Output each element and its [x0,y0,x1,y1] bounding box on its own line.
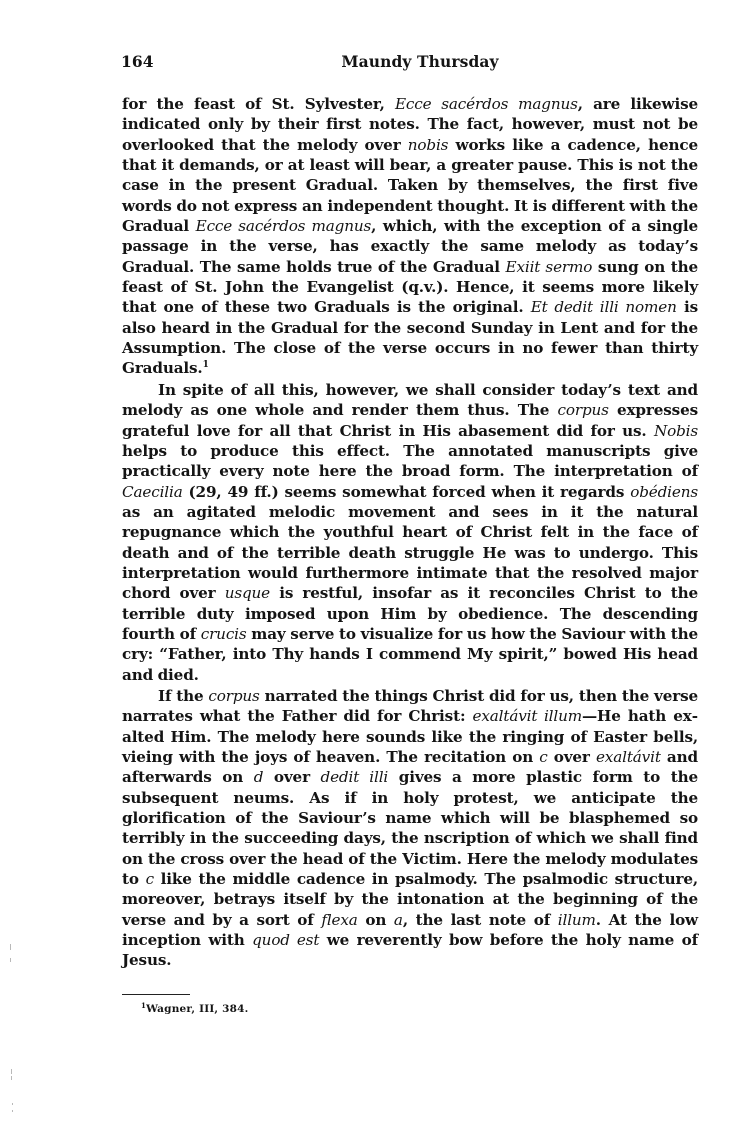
italic-term: exaltávit illum [473,707,582,725]
italic-term: exaltávit [596,748,661,766]
book-page: 164 Maundy Thursday for the feast of St.… [122,52,698,1015]
italic-term: nobis [408,136,449,154]
footnote-text: Wagner, III, 384. [146,1003,248,1015]
footnote: 1Wagner, III, 384. [122,1003,698,1015]
italic-term: Caecilia [122,483,183,501]
italic-term: c [539,748,547,766]
italic-term: obédiens [630,483,698,501]
running-title: Maundy Thursday [122,52,698,71]
scan-artifact [11,1076,12,1080]
italic-term: a [394,911,403,929]
italic-term: Et dedit illi nomen [531,298,677,316]
footnote-reference: 1 [203,360,209,370]
italic-term: Nobis [654,422,698,440]
scan-artifact [10,944,11,950]
scan-artifact [12,1103,13,1105]
italic-term: d [254,768,264,786]
italic-term: quod est [252,931,319,949]
paragraph: In spite of all this, however, we shall … [122,380,698,685]
italic-term: Exiit sermo [506,258,593,276]
scan-artifact [12,1110,13,1112]
italic-term: illum [558,911,596,929]
scan-artifact [11,1069,12,1074]
italic-term: crucis [201,625,247,643]
italic-term: usque [225,584,270,602]
italic-term: dedit illi [321,768,389,786]
scan-artifact [10,958,11,962]
italic-term: corpus [208,687,259,705]
italic-term: corpus [558,401,609,419]
footnote-divider [122,994,190,995]
paragraph: If the corpus narrated the things Christ… [122,686,698,971]
body-text: for the feast of St. Sylvester, Ecce sac… [122,94,698,971]
italic-term: c [146,870,154,888]
paragraph: for the feast of St. Sylvester, Ecce sac… [122,94,698,379]
running-head: 164 Maundy Thursday [122,52,698,76]
italic-term: Ecce sacérdos magnus [395,95,578,113]
italic-term: flexa [321,911,357,929]
italic-term: Ecce sacérdos magnus [196,217,371,235]
